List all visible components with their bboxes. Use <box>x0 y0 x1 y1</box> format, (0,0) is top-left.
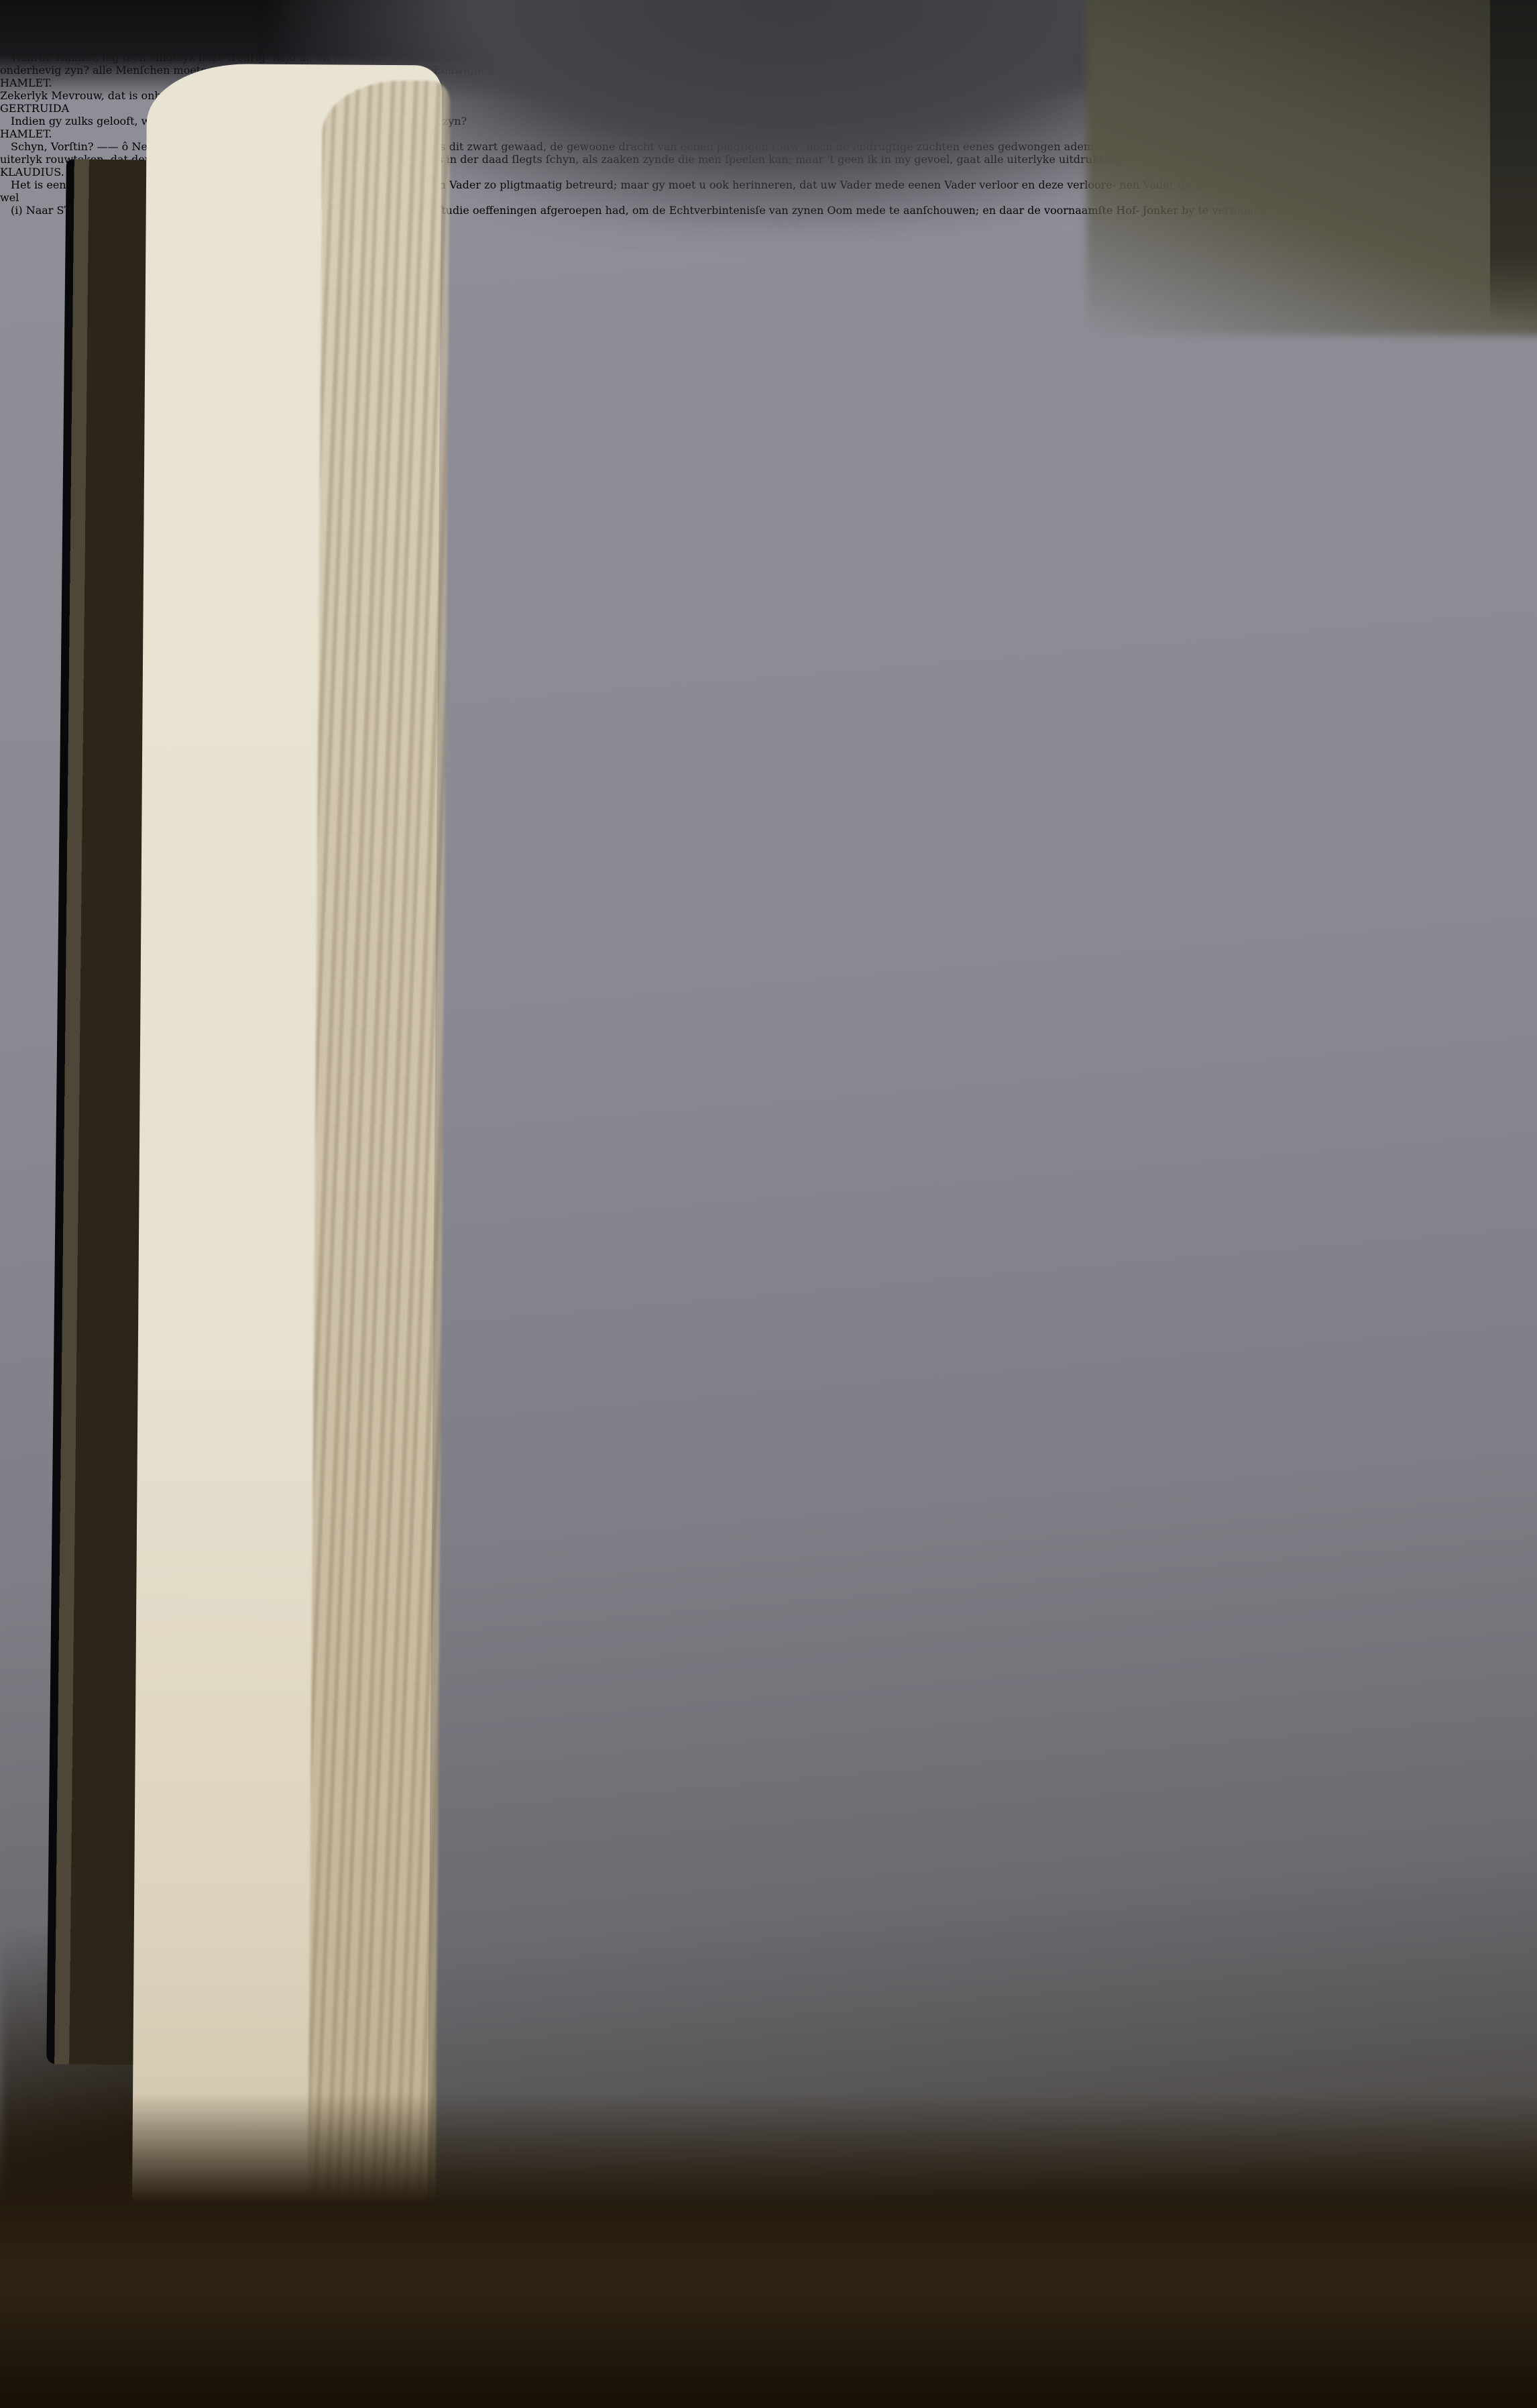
page-edge-stains <box>308 80 450 2213</box>
photo-of-open-book: 2 H A M L E T. HAMLET. Omwolkt! myn Vorſ… <box>0 0 1537 2408</box>
background-bottom-cloth <box>0 2093 1537 2408</box>
facing-page-edge <box>1419 169 1537 2275</box>
